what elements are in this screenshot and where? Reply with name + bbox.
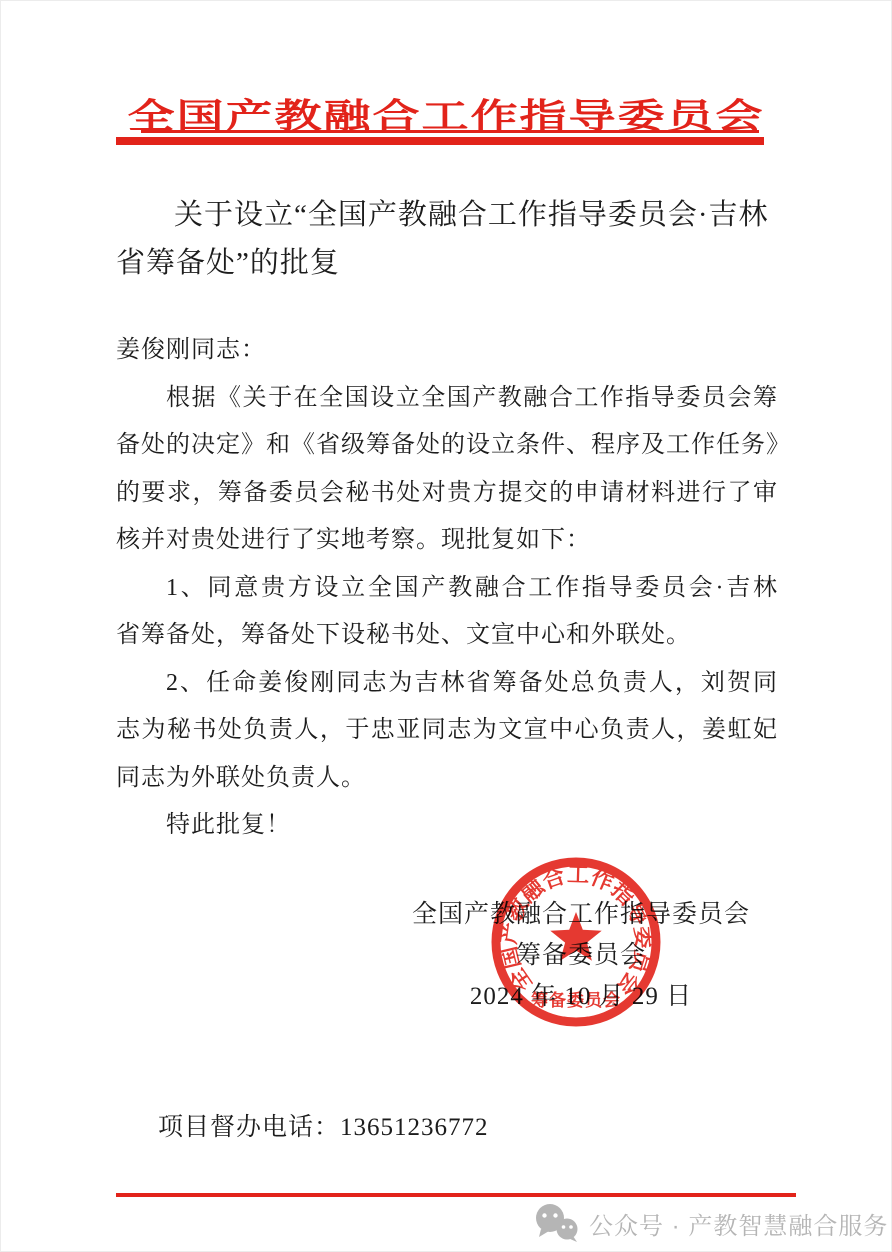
letter-body: 姜俊刚同志： 根据《关于在全国设立全国产教融合工作指导委员会筹 备处的决定》和《…	[116, 327, 778, 850]
body-line: 同志为外联处负责人。	[116, 755, 778, 803]
body-line: 省筹备处，筹备处下设秘书处、文宣中心和外联处。	[116, 612, 778, 660]
phone-line: 项目督办电话：13651236772	[158, 1107, 489, 1143]
footer-account-label: 公众号 · 产教智慧融合服务	[589, 1206, 888, 1241]
letterhead-rule-thick	[116, 137, 764, 145]
letterhead-rule-thin	[141, 130, 759, 133]
letterhead: 全国产教融合工作指导委员会	[1, 89, 891, 156]
body-item-2: 2、任命姜俊刚同志为吉林省筹备处总负责人，刘贺同	[116, 660, 778, 708]
document-page: 全国产教融合工作指导委员会 关于设立“全国产教融合工作指导委员会·吉林 省筹备处…	[0, 0, 892, 1252]
title-line-2: 省筹备处”的批复	[116, 239, 784, 287]
body-line: 根据《关于在全国设立全国产教融合工作指导委员会筹	[116, 375, 778, 423]
document-title: 关于设立“全国产教融合工作指导委员会·吉林 省筹备处”的批复	[116, 191, 784, 287]
body-line: 的要求，筹备委员会秘书处对贵方提交的申请材料进行了审	[116, 470, 778, 518]
seal-star-icon	[550, 912, 601, 961]
body-line: 志为秘书处负责人，于忠亚同志为文宣中心负责人，姜虹妃	[116, 707, 778, 755]
body-salutation: 姜俊刚同志：	[116, 327, 778, 375]
footer-bar: 公众号 · 产教智慧融合服务	[533, 1203, 888, 1243]
body-item-1: 1、同意贵方设立全国产教融合工作指导委员会·吉林	[116, 565, 778, 613]
title-line-1: 关于设立“全国产教融合工作指导委员会·吉林	[116, 191, 784, 239]
footer-rule	[116, 1193, 796, 1197]
wechat-icon	[533, 1203, 581, 1243]
body-line: 核并对贵处进行了实地考察。现批复如下：	[116, 517, 778, 565]
body-closing: 特此批复！	[116, 802, 778, 850]
seal-inner-text: 筹备委员会	[531, 990, 621, 1010]
body-line: 备处的决定》和《省级筹备处的设立条件、程序及工作任务》	[116, 422, 778, 470]
official-seal-stamp: 全国产教融合工作指导委员会 筹备委员会	[488, 854, 664, 1030]
